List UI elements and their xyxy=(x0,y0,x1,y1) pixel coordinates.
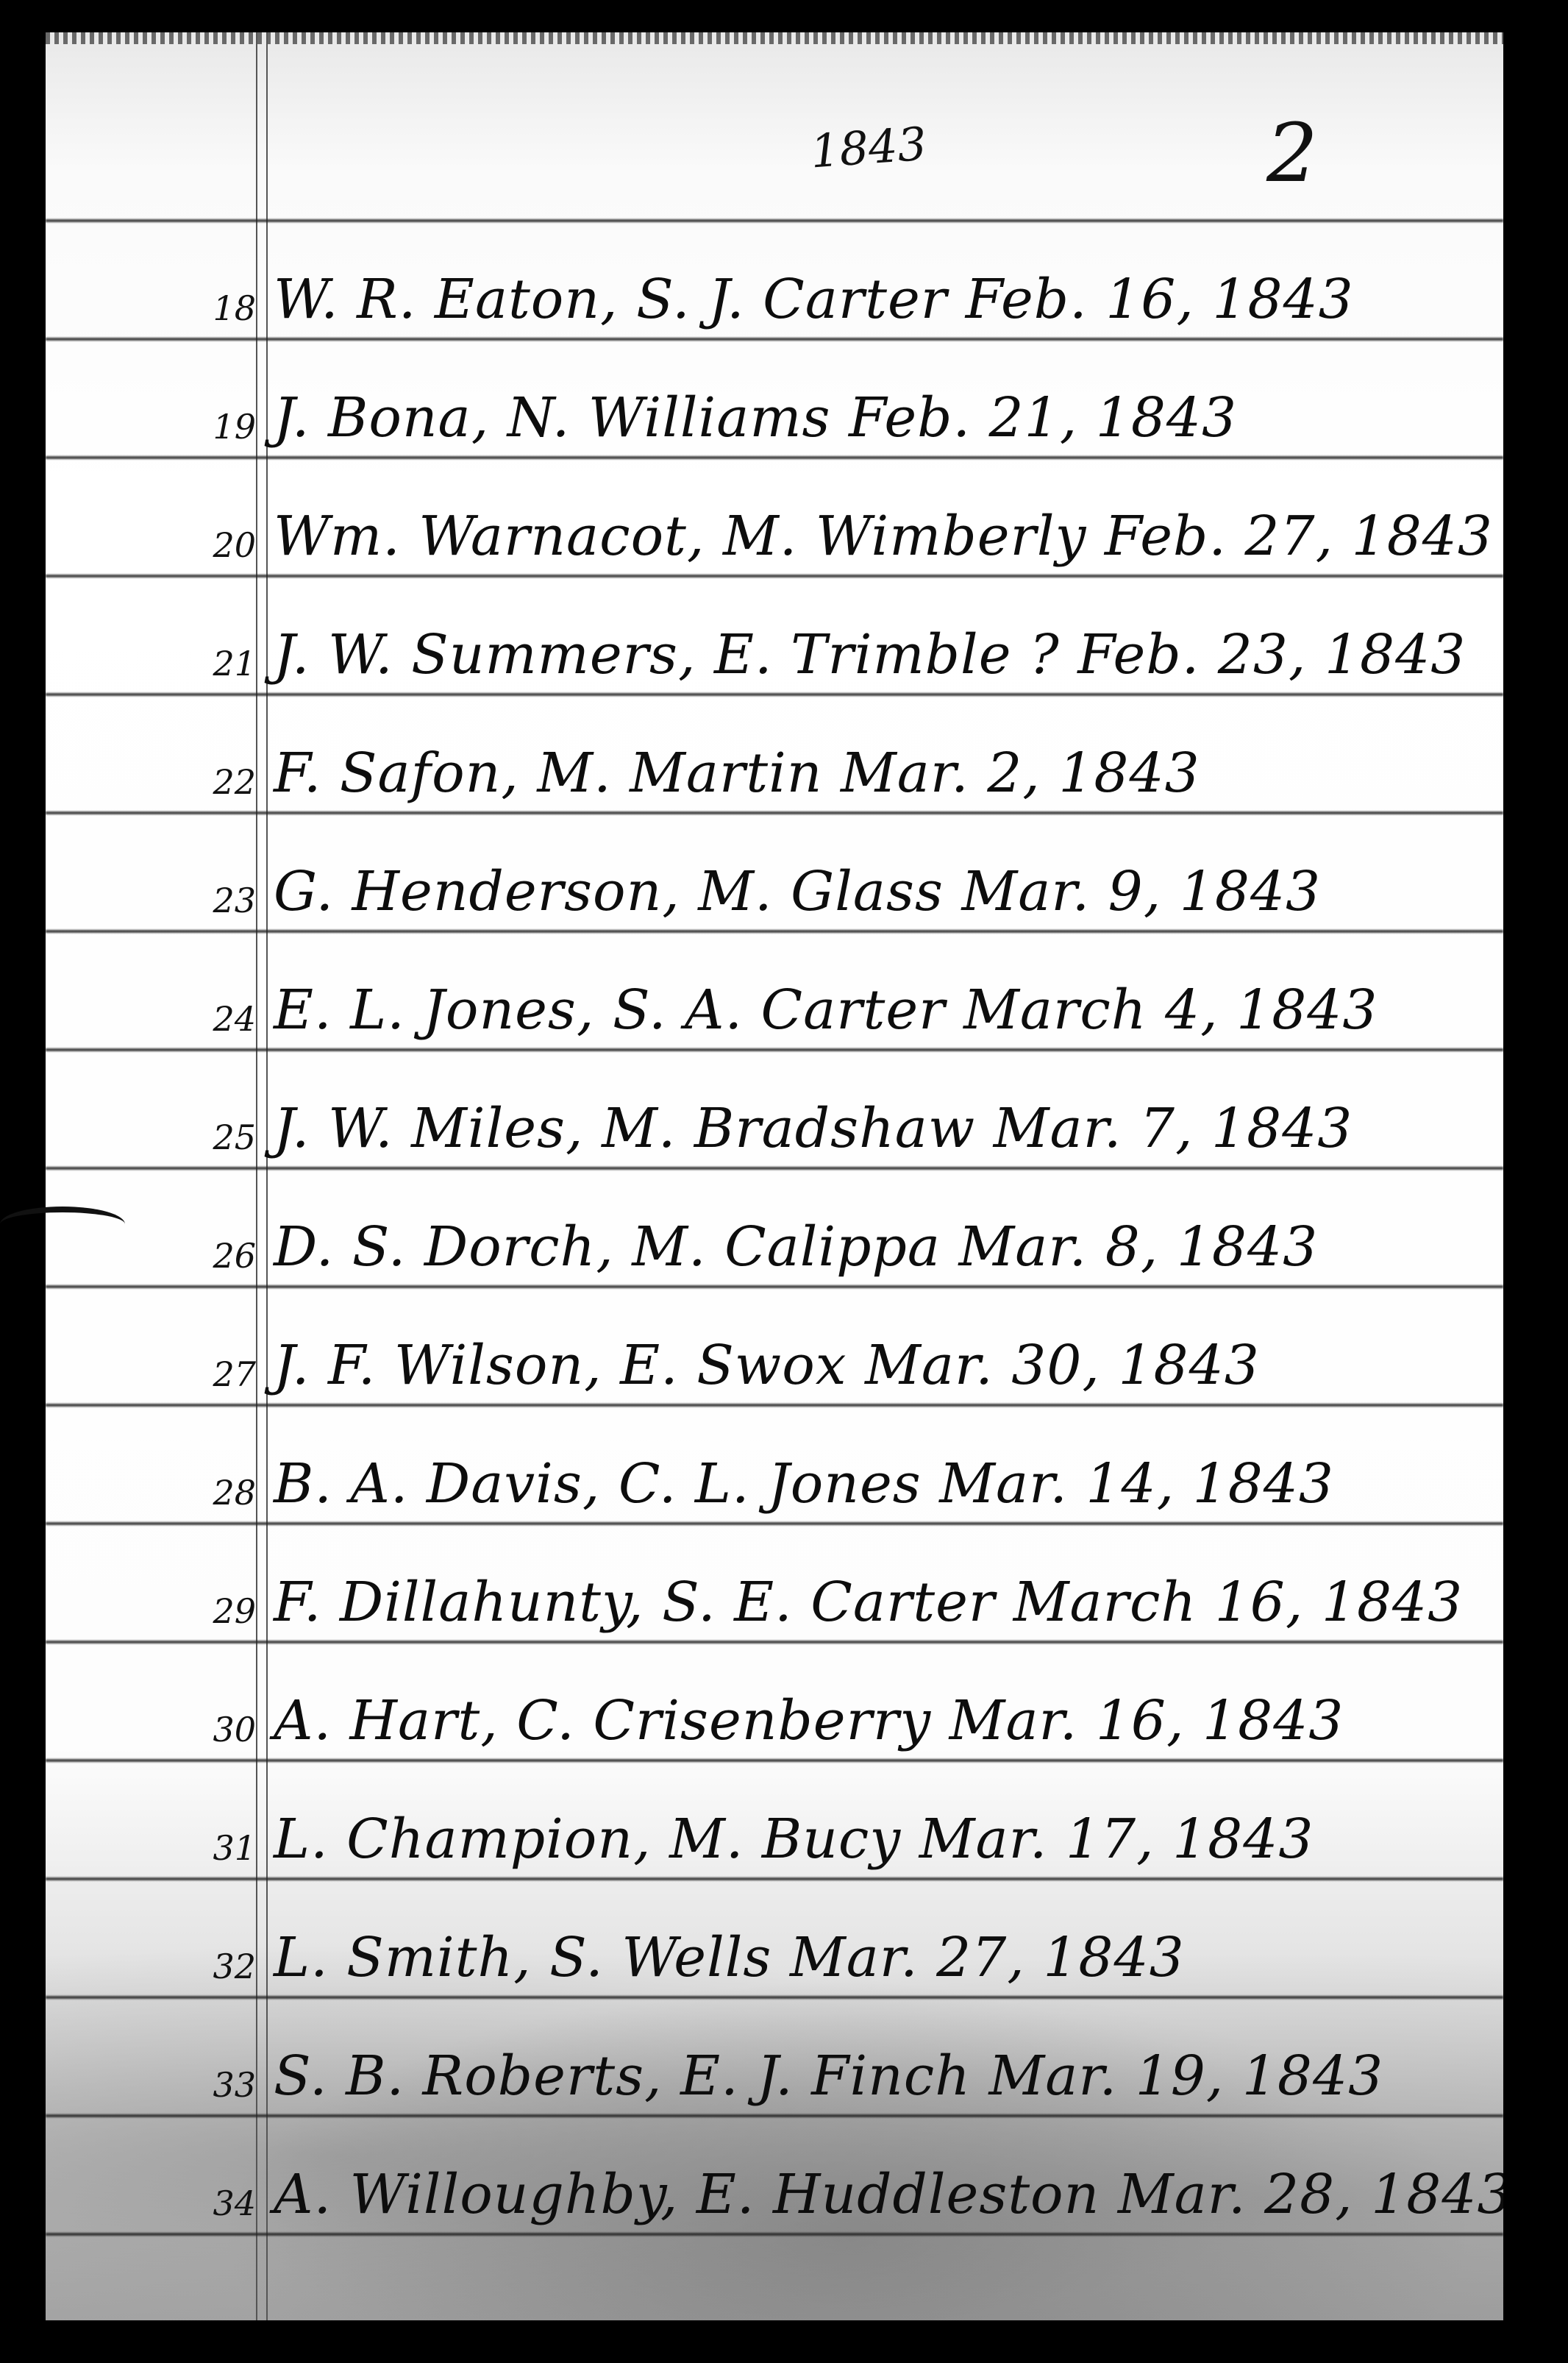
groom-name: W. R. Eaton xyxy=(274,268,636,331)
bride-name: C. Crisenberry xyxy=(516,1689,949,1752)
entry-number: 33 xyxy=(190,2065,256,2105)
entry-text: S. B. RobertsE. J. FinchMar. 19, 1843 xyxy=(274,2044,1383,2108)
register-entry: 18W. R. EatonS. J. CarterFeb. 16, 1843 xyxy=(46,219,1503,337)
bride-name: M. Martin xyxy=(537,742,841,805)
bride-name: S. E. Carter xyxy=(662,1571,1013,1634)
bride-name: E. Trimble ? xyxy=(714,623,1077,686)
register-entry: 21J. W. SummersE. Trimble ?Feb. 23, 1843 xyxy=(46,575,1503,692)
groom-name: A. Hart xyxy=(274,1689,516,1752)
register-entry: 33S. B. RobertsE. J. FinchMar. 19, 1843 xyxy=(46,1996,1503,2114)
marriage-date: Mar. 19, 1843 xyxy=(988,2044,1383,2108)
entry-number: 27 xyxy=(190,1354,256,1394)
entry-text: B. A. DavisC. L. JonesMar. 14, 1843 xyxy=(274,1452,1334,1515)
marriage-date: Mar. 9, 1843 xyxy=(961,860,1321,923)
marriage-date: Mar. 2, 1843 xyxy=(841,742,1200,805)
groom-name: S. B. Roberts xyxy=(274,2044,680,2108)
groom-name: F. Safon xyxy=(274,742,537,805)
entry-number: 22 xyxy=(190,762,256,802)
groom-name: B. A. Davis xyxy=(274,1452,619,1515)
marriage-date: March 4, 1843 xyxy=(963,978,1378,1042)
groom-name: Wm. Warnacot xyxy=(274,505,723,568)
entry-text: J. W. SummersE. Trimble ?Feb. 23, 1843 xyxy=(274,623,1466,686)
entry-text: J. BonaN. WilliamsFeb. 21, 1843 xyxy=(274,386,1237,449)
entry-text: A. WilloughbyE. HuddlestonMar. 28, 1843 xyxy=(274,2163,1503,2226)
marriage-date: Mar. 14, 1843 xyxy=(939,1452,1334,1515)
entry-number: 28 xyxy=(190,1473,256,1513)
marriage-date: Feb. 21, 1843 xyxy=(849,386,1237,449)
bride-name: M. Bucy xyxy=(669,1808,919,1871)
groom-name: E. L. Jones xyxy=(274,978,613,1042)
register-page: 1843 2 18W. R. EatonS. J. CarterFeb. 16,… xyxy=(46,32,1503,2320)
entry-text: L. ChampionM. BucyMar. 17, 1843 xyxy=(274,1808,1314,1871)
register-entry: 28B. A. DavisC. L. JonesMar. 14, 1843 xyxy=(46,1404,1503,1521)
bride-name: E. J. Finch xyxy=(680,2044,988,2108)
groom-name: D. S. Dorch xyxy=(274,1215,632,1279)
bride-name: C. L. Jones xyxy=(619,1452,939,1515)
groom-name: J. F. Wilson xyxy=(274,1334,620,1397)
marriage-date: Mar. 8, 1843 xyxy=(959,1215,1319,1279)
entry-number: 23 xyxy=(190,881,256,920)
marriage-date: Mar. 7, 1843 xyxy=(994,1097,1353,1160)
header-year: 1843 xyxy=(809,117,929,179)
register-entry: 22F. SafonM. MartinMar. 2, 1843 xyxy=(46,693,1503,811)
bride-name: M. Calippa xyxy=(632,1215,958,1279)
bride-name: E. Swox xyxy=(620,1334,865,1397)
bride-name: S. Wells xyxy=(549,1926,790,1989)
page-number: 2 xyxy=(1266,106,1318,200)
marriage-date: Feb. 16, 1843 xyxy=(966,268,1354,331)
entry-number: 19 xyxy=(190,407,256,447)
bride-name: M. Glass xyxy=(698,860,961,923)
register-entry: 34A. WilloughbyE. HuddlestonMar. 28, 184… xyxy=(46,2114,1503,2232)
entry-number: 21 xyxy=(190,644,256,683)
register-entry: 24E. L. JonesS. A. CarterMarch 4, 1843 xyxy=(46,930,1503,1048)
entry-text: A. HartC. CrisenberryMar. 16, 1843 xyxy=(274,1689,1344,1752)
register-entry: 30A. HartC. CrisenberryMar. 16, 1843 xyxy=(46,1641,1503,1758)
groom-name: G. Henderson xyxy=(274,860,698,923)
entry-number: 26 xyxy=(190,1236,256,1276)
marriage-date: Mar. 17, 1843 xyxy=(919,1808,1314,1871)
entry-text: E. L. JonesS. A. CarterMarch 4, 1843 xyxy=(274,978,1378,1042)
bride-name: M. Wimberly xyxy=(723,505,1105,568)
entry-text: F. DillahuntyS. E. CarterMarch 16, 1843 xyxy=(274,1571,1463,1634)
bride-name: N. Williams xyxy=(507,386,849,449)
entry-text: G. HendersonM. GlassMar. 9, 1843 xyxy=(274,860,1321,923)
groom-name: J. W. Summers xyxy=(274,623,714,686)
register-entry: 27J. F. WilsonE. SwoxMar. 30, 1843 xyxy=(46,1285,1503,1403)
entry-number: 24 xyxy=(190,999,256,1039)
entry-text: F. SafonM. MartinMar. 2, 1843 xyxy=(274,742,1200,805)
entry-text: L. SmithS. WellsMar. 27, 1843 xyxy=(274,1926,1185,1989)
marriage-date: Mar. 30, 1843 xyxy=(865,1334,1260,1397)
register-entry: 20Wm. WarnacotM. WimberlyFeb. 27, 1843 xyxy=(46,456,1503,574)
groom-name: J. W. Miles xyxy=(274,1097,602,1160)
marriage-date: Feb. 23, 1843 xyxy=(1077,623,1466,686)
register-entry: 23G. HendersonM. GlassMar. 9, 1843 xyxy=(46,811,1503,929)
ruled-line xyxy=(46,2233,1503,2236)
register-entry: 25J. W. MilesM. BradshawMar. 7, 1843 xyxy=(46,1048,1503,1166)
register-entry: 26D. S. DorchM. CalippaMar. 8, 1843 xyxy=(46,1167,1503,1284)
bride-name: S. J. Carter xyxy=(636,268,966,331)
entry-number: 34 xyxy=(190,2183,256,2223)
entry-number: 30 xyxy=(190,1710,256,1749)
marriage-date: Mar. 28, 1843 xyxy=(1118,2163,1503,2226)
entry-number: 18 xyxy=(190,288,256,328)
register-entry: 32L. SmithS. WellsMar. 27, 1843 xyxy=(46,1877,1503,1995)
margin-mark xyxy=(0,1207,125,1242)
groom-name: J. Bona xyxy=(274,386,507,449)
entry-number: 29 xyxy=(190,1591,256,1631)
entry-text: J. W. MilesM. BradshawMar. 7, 1843 xyxy=(274,1097,1353,1160)
entry-number: 25 xyxy=(190,1117,256,1157)
groom-name: A. Willoughby xyxy=(274,2163,696,2226)
groom-name: L. Champion xyxy=(274,1808,669,1871)
entry-text: W. R. EatonS. J. CarterFeb. 16, 1843 xyxy=(274,268,1354,331)
entry-number: 32 xyxy=(190,1947,256,1986)
entry-text: J. F. WilsonE. SwoxMar. 30, 1843 xyxy=(274,1334,1260,1397)
marriage-date: Feb. 27, 1843 xyxy=(1105,505,1493,568)
marriage-date: March 16, 1843 xyxy=(1013,1571,1463,1634)
groom-name: F. Dillahunty xyxy=(274,1571,662,1634)
marriage-date: Mar. 16, 1843 xyxy=(949,1689,1344,1752)
entry-text: Wm. WarnacotM. WimberlyFeb. 27, 1843 xyxy=(274,505,1493,568)
bride-name: M. Bradshaw xyxy=(602,1097,994,1160)
entry-text: D. S. DorchM. CalippaMar. 8, 1843 xyxy=(274,1215,1318,1279)
groom-name: L. Smith xyxy=(274,1926,549,1989)
register-entry: 29F. DillahuntyS. E. CarterMarch 16, 184… xyxy=(46,1522,1503,1640)
bride-name: E. Huddleston xyxy=(696,2163,1118,2226)
bride-name: S. A. Carter xyxy=(613,978,963,1042)
marriage-date: Mar. 27, 1843 xyxy=(790,1926,1185,1989)
register-entry: 19J. BonaN. WilliamsFeb. 21, 1843 xyxy=(46,338,1503,455)
entry-number: 20 xyxy=(190,525,256,565)
register-entry: 31L. ChampionM. BucyMar. 17, 1843 xyxy=(46,1759,1503,1877)
entry-number: 31 xyxy=(190,1828,256,1868)
